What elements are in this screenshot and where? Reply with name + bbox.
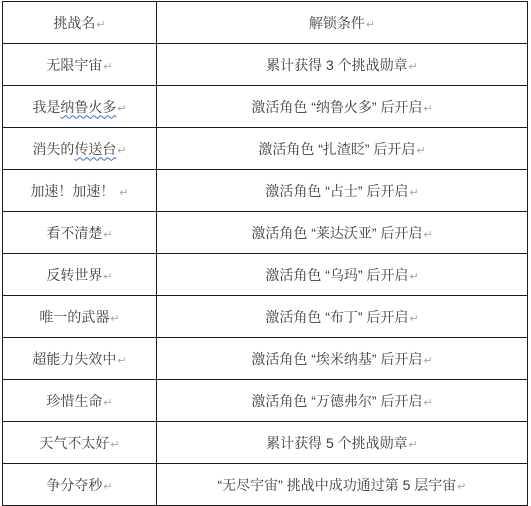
unlock-condition-text: “无尽宇宙” 挑战中成功通过第 5 层宇宙 <box>218 477 457 493</box>
paragraph-mark: ↵ <box>457 481 466 493</box>
paragraph-mark: ↵ <box>409 271 418 283</box>
challenge-name-text: 看不清楚 <box>46 225 102 241</box>
paragraph-mark: ↵ <box>119 187 128 199</box>
paragraph-mark: ↵ <box>423 103 432 115</box>
paragraph-mark: ↵ <box>103 271 112 283</box>
paragraph-mark: ↵ <box>110 439 119 451</box>
paragraph-mark: ↵ <box>409 187 418 199</box>
unlock-condition-text: 激活角色 “莱达沃亚” 后开启 <box>251 225 422 241</box>
challenge-name-cell: 反转世界↵ <box>3 254 157 296</box>
paragraph-mark: ↵ <box>423 397 432 409</box>
unlock-condition-text: 激活角色 “扎渣眨” 后开启 <box>258 141 415 157</box>
paragraph-mark: ↵ <box>423 229 432 241</box>
unlock-condition-cell: 累计获得 3 个挑战勋章↵ <box>157 44 528 86</box>
challenge-name-text: 加速！加速！ <box>30 183 114 199</box>
challenge-name-cell: 唯一的武器↵ <box>3 296 157 338</box>
paragraph-mark: ↵ <box>103 61 112 73</box>
paragraph-mark: ↵ <box>103 397 112 409</box>
paragraph-mark: ↵ <box>96 19 105 31</box>
spellcheck-flagged-text: 纳鲁火多 <box>60 99 116 115</box>
challenge-name-cell: 争分夺秒↵ <box>3 464 157 506</box>
unlock-condition-text: 累计获得 3 个挑战勋章 <box>266 57 408 73</box>
unlock-condition-text: 激活角色 “万德弗尔” 后开启 <box>251 393 422 409</box>
unlock-condition-cell: 激活角色 “纳鲁火多” 后开启↵ <box>157 86 528 128</box>
paragraph-mark: ↵ <box>409 439 418 451</box>
table-row: 消失的传送台↵ 激活角色 “扎渣眨” 后开启↵ <box>3 128 528 170</box>
header-cell-challenge-name: 挑战名↵ <box>3 2 157 44</box>
paragraph-mark: ↵ <box>423 355 432 367</box>
challenge-name-cell: 加速！加速！ ↵ <box>3 170 157 212</box>
table-row: 超能力失效中↵ 激活角色 “埃米纳基” 后开启↵ <box>3 338 528 380</box>
challenge-name-cell: 珍惜生命↵ <box>3 380 157 422</box>
paragraph-mark: ↵ <box>103 229 112 241</box>
unlock-condition-cell: “无尽宇宙” 挑战中成功通过第 5 层宇宙↵ <box>157 464 528 506</box>
unlock-condition-text: 激活角色 “纳鲁火多” 后开启 <box>251 99 422 115</box>
paragraph-mark: ↵ <box>117 145 126 157</box>
challenge-name-text: 珍惜生命 <box>46 393 102 409</box>
challenge-name-cell: 看不清楚↵ <box>3 212 157 254</box>
challenge-name-text: 消失的 <box>32 141 74 157</box>
challenge-name-text: 超能力失效中 <box>32 351 116 367</box>
paragraph-mark: ↵ <box>110 313 119 325</box>
table-row: 无限宇宙↵ 累计获得 3 个挑战勋章↵ <box>3 44 528 86</box>
header-cell-unlock-condition: 解锁条件↵ <box>157 2 528 44</box>
challenge-name-cell: 我是纳鲁火多↵ <box>3 86 157 128</box>
challenge-name-text: 天气不太好 <box>39 435 109 451</box>
challenge-name-cell: 消失的传送台↵ <box>3 128 157 170</box>
table-row: 天气不太好↵ 累计获得 5 个挑战勋章↵ <box>3 422 528 464</box>
table-row: 唯一的武器↵ 激活角色 “布丁” 后开启↵ <box>3 296 528 338</box>
paragraph-mark: ↵ <box>409 313 418 325</box>
challenge-name-text: 唯一的武器 <box>39 309 109 325</box>
challenge-name-cell: 超能力失效中↵ <box>3 338 157 380</box>
unlock-condition-cell: 激活角色 “乌玛” 后开启↵ <box>157 254 528 296</box>
paragraph-mark: ↵ <box>416 145 425 157</box>
challenge-name-cell: 天气不太好↵ <box>3 422 157 464</box>
unlock-condition-cell: 激活角色 “万德弗尔” 后开启↵ <box>157 380 528 422</box>
unlock-condition-text: 激活角色 “占士” 后开启 <box>265 183 408 199</box>
spellcheck-flagged-text: 传送台 <box>74 141 116 157</box>
unlock-condition-text: 累计获得 5 个挑战勋章 <box>266 435 408 451</box>
table-header-row: 挑战名↵ 解锁条件↵ <box>3 2 528 44</box>
unlock-condition-text: 激活角色 “埃米纳基” 后开启 <box>251 351 422 367</box>
unlock-condition-cell: 激活角色 “布丁” 后开启↵ <box>157 296 528 338</box>
paragraph-mark: ↵ <box>117 103 126 115</box>
header-challenge-label: 挑战名 <box>53 15 95 31</box>
unlock-condition-cell: 激活角色 “扎渣眨” 后开启↵ <box>157 128 528 170</box>
table-row: 看不清楚↵ 激活角色 “莱达沃亚” 后开启↵ <box>3 212 528 254</box>
paragraph-mark: ↵ <box>117 355 126 367</box>
paragraph-mark: ↵ <box>409 61 418 73</box>
unlock-condition-cell: 激活角色 “莱达沃亚” 后开启↵ <box>157 212 528 254</box>
paragraph-mark: ↵ <box>103 481 112 493</box>
unlock-condition-text: 激活角色 “乌玛” 后开启 <box>265 267 408 283</box>
table-row: 反转世界↵ 激活角色 “乌玛” 后开启↵ <box>3 254 528 296</box>
table-row: 加速！加速！ ↵ 激活角色 “占士” 后开启↵ <box>3 170 528 212</box>
unlock-condition-cell: 激活角色 “埃米纳基” 后开启↵ <box>157 338 528 380</box>
challenge-name-text: 争分夺秒 <box>46 477 102 493</box>
unlock-condition-text: 激活角色 “布丁” 后开启 <box>265 309 408 325</box>
challenge-name-cell: 无限宇宙↵ <box>3 44 157 86</box>
challenge-unlock-table: 挑战名↵ 解锁条件↵ 无限宇宙↵ 累计获得 3 个挑战勋章↵ 我是纳鲁火多↵ 激… <box>2 1 528 506</box>
table-row: 争分夺秒↵ “无尽宇宙” 挑战中成功通过第 5 层宇宙↵ <box>3 464 528 506</box>
header-condition-label: 解锁条件 <box>309 15 365 31</box>
challenge-name-text: 反转世界 <box>46 267 102 283</box>
unlock-condition-cell: 累计获得 5 个挑战勋章↵ <box>157 422 528 464</box>
unlock-condition-cell: 激活角色 “占士” 后开启↵ <box>157 170 528 212</box>
challenge-name-text: 无限宇宙 <box>46 57 102 73</box>
challenge-name-suffix <box>114 183 118 199</box>
table-row: 珍惜生命↵ 激活角色 “万德弗尔” 后开启↵ <box>3 380 528 422</box>
table-row: 我是纳鲁火多↵ 激活角色 “纳鲁火多” 后开启↵ <box>3 86 528 128</box>
paragraph-mark: ↵ <box>366 19 375 31</box>
challenge-name-text: 我是 <box>32 99 60 115</box>
